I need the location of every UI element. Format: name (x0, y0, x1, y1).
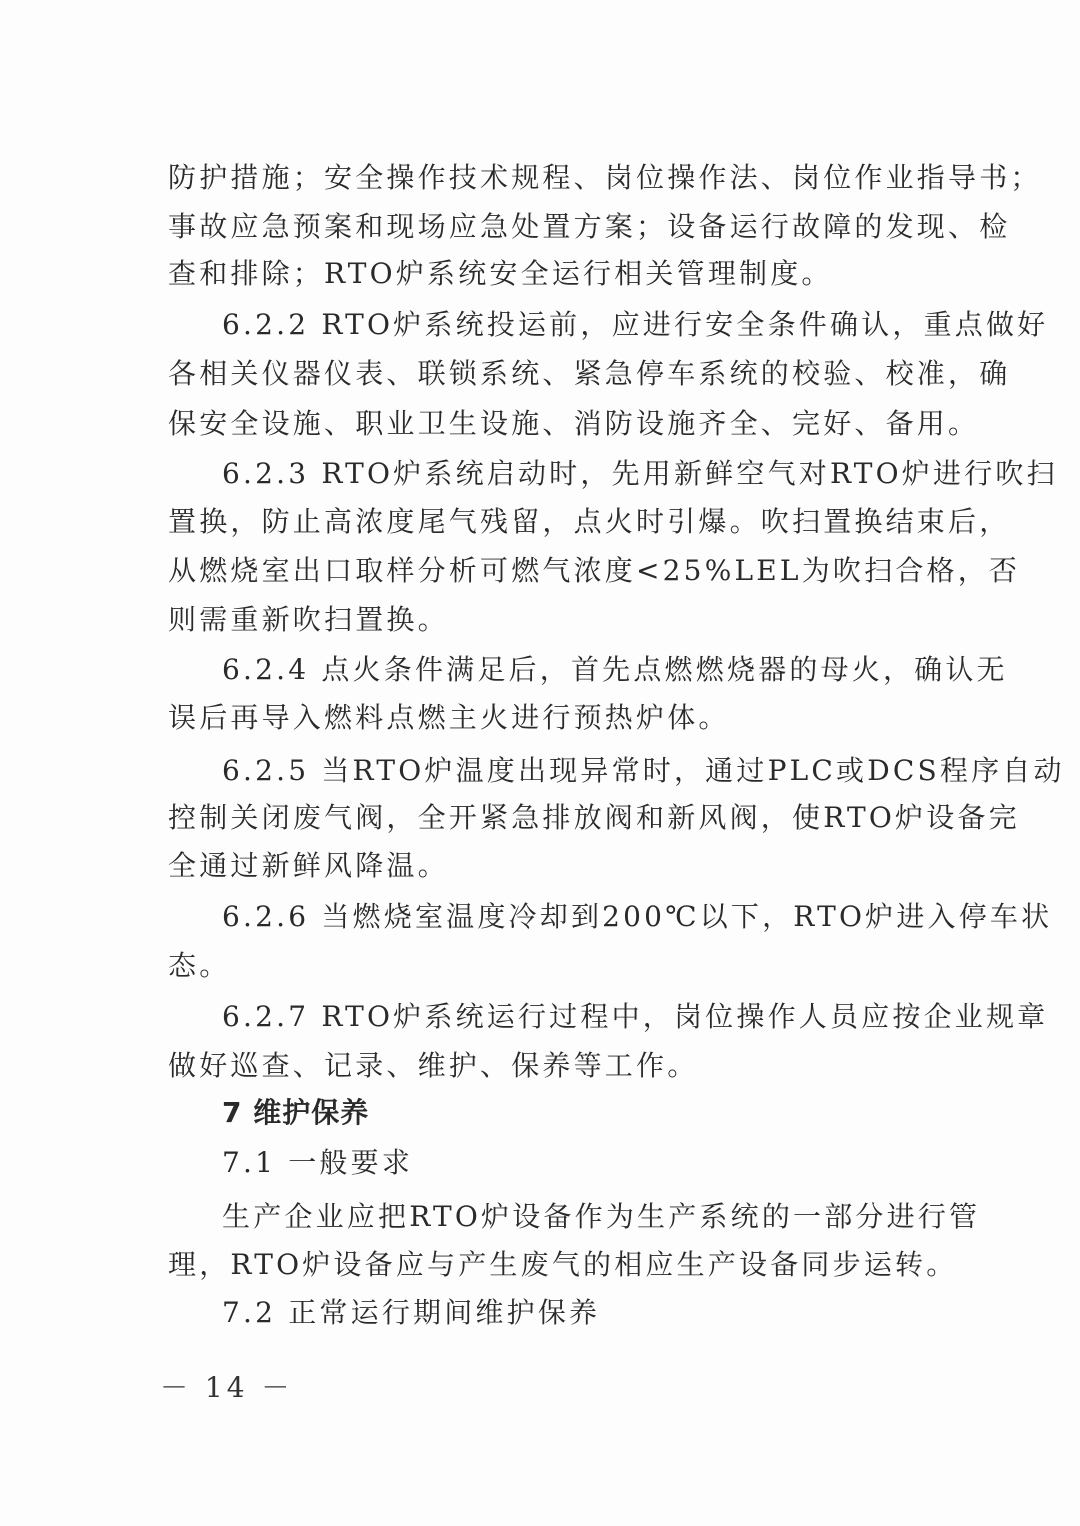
subsection-heading-7-1: 7.1 一般要求 (222, 1145, 926, 1181)
section-heading-7: 7 维护保养 (222, 1095, 926, 1131)
text-line: 生产企业应把RTO炉设备作为生产系统的一部分进行管 (222, 1199, 926, 1235)
clause-6-2-3: 6.2.3 RTO炉系统启动时，先用新鲜空气对RTO炉进行吹扫 (222, 456, 926, 492)
text-line: 控制关闭废气阀，全开紧急排放阀和新风阀，使RTO炉设备完 (168, 800, 926, 836)
clause-6-2-4: 6.2.4 点火条件满足后，首先点燃燃烧器的母火，确认无 (222, 652, 926, 688)
text-line: 防护措施；安全操作技术规程、岗位操作法、岗位作业指导书； (168, 160, 926, 196)
text-line: 保安全设施、职业卫生设施、消防设施齐全、完好、备用。 (168, 406, 926, 442)
text-line: 查和排除；RTO炉系统安全运行相关管理制度。 (168, 256, 926, 292)
clause-6-2-5: 6.2.5 当RTO炉温度出现异常时，通过PLC或DCS程序自动 (222, 753, 926, 789)
clause-6-2-2: 6.2.2 RTO炉系统投运前，应进行安全条件确认，重点做好 (222, 307, 926, 343)
clause-6-2-7: 6.2.7 RTO炉系统运行过程中，岗位操作人员应按企业规章 (222, 999, 926, 1035)
text-line: 态。 (168, 948, 926, 984)
text-line: 做好巡查、记录、维护、保养等工作。 (168, 1048, 926, 1084)
text-line: 误后再导入燃料点燃主火进行预热炉体。 (168, 700, 926, 736)
page-number: － 14 － (160, 1370, 293, 1406)
clause-6-2-6: 6.2.6 当燃烧室温度冷却到200℃以下，RTO炉进入停车状 (222, 899, 926, 935)
text-line: 则需重新吹扫置换。 (168, 602, 926, 638)
document-page: 防护措施；安全操作技术规程、岗位操作法、岗位作业指导书； 事故应急预案和现场应急… (0, 0, 1080, 1526)
text-line: 全通过新鲜风降温。 (168, 848, 926, 884)
text-line: 置换，防止高浓度尾气残留，点火时引爆。吹扫置换结束后， (168, 504, 926, 540)
text-line: 各相关仪器仪表、联锁系统、紧急停车系统的校验、校准，确 (168, 356, 926, 392)
text-line: 理，RTO炉设备应与产生废气的相应生产设备同步运转。 (168, 1247, 926, 1283)
subsection-heading-7-2: 7.2 正常运行期间维护保养 (222, 1295, 926, 1331)
text-line: 从燃烧室出口取样分析可燃气浓度<25%LEL为吹扫合格，否 (168, 553, 926, 589)
text-line: 事故应急预案和现场应急处置方案；设备运行故障的发现、检 (168, 209, 926, 245)
